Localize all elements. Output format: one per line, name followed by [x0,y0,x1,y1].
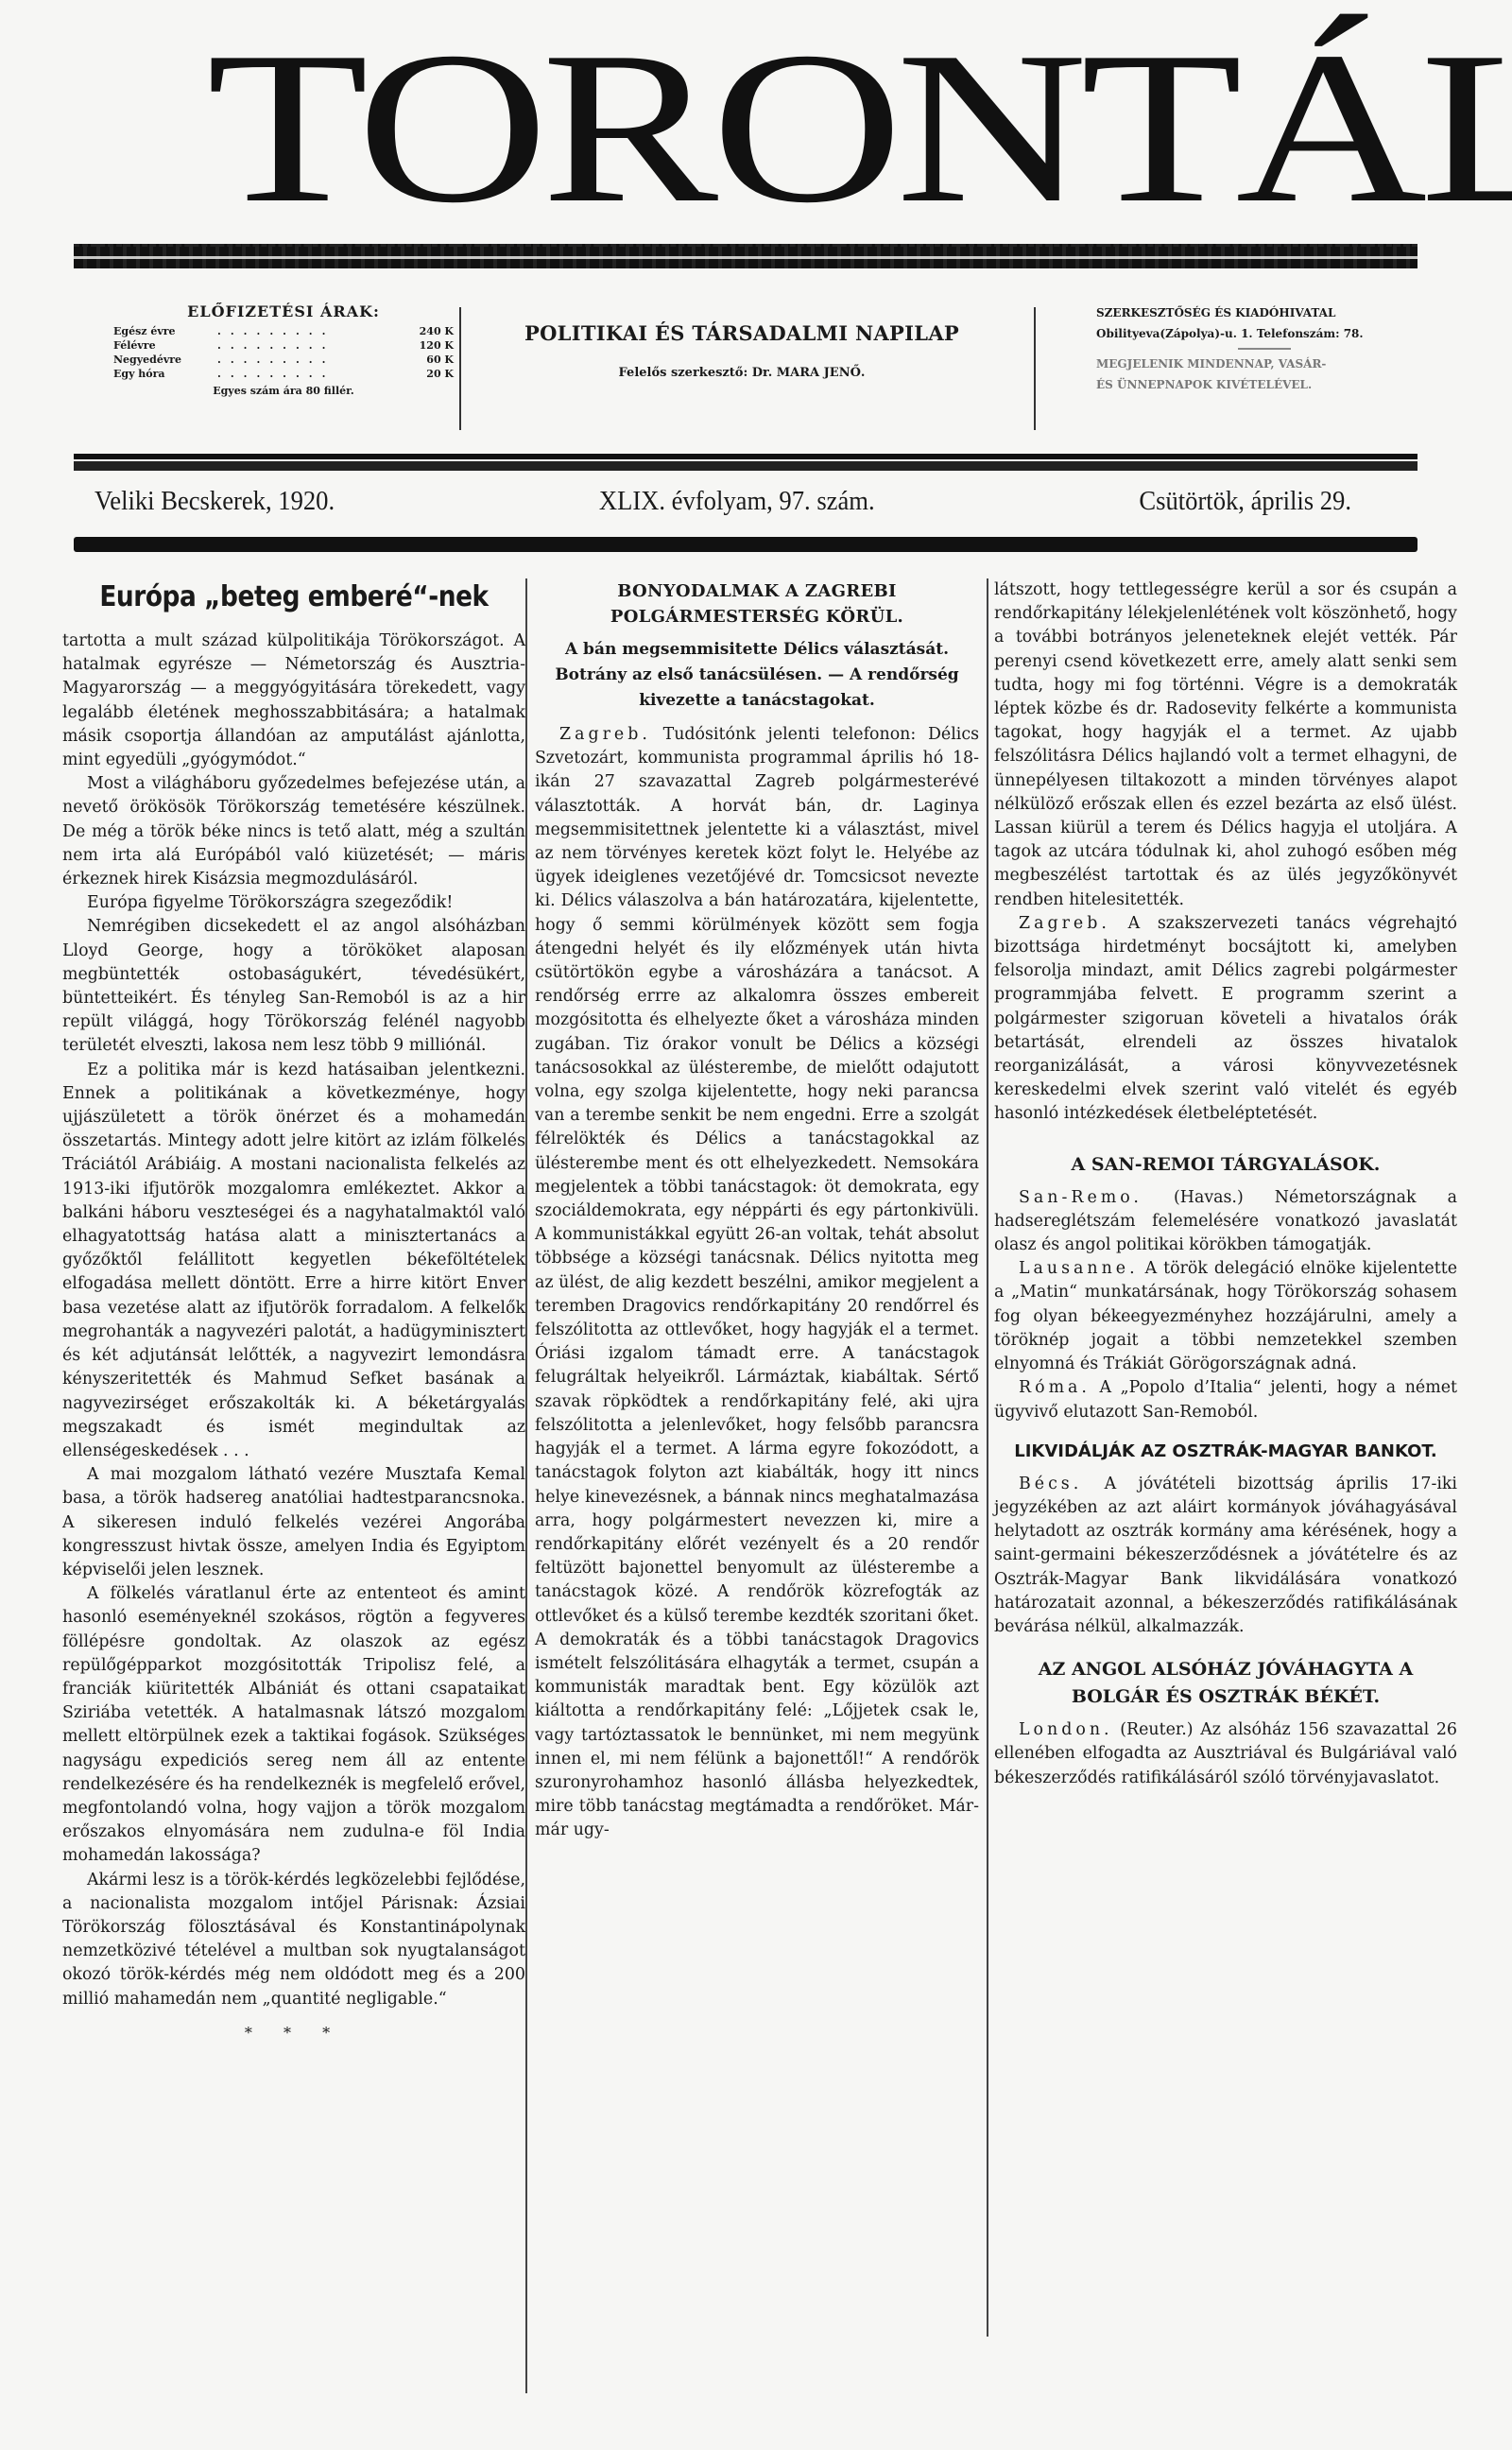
article-paragraph: Európa figyelme Törökországra szegeződik… [62,891,525,915]
article-paragraph: tartotta a mult század külpolitikája Tör… [62,630,525,772]
dateline: Veliki Becskerek, 1920. XLIX. évfolyam, … [94,487,1351,525]
decorative-rule [74,244,1417,268]
news-dateline: Bécs. [1019,1475,1082,1493]
price-row: Egy hóra ......... 20 K [113,367,454,381]
price-value: 20 K [401,367,454,381]
article-paragraph: Most a világháboru győzedelmes befejezés… [62,772,525,891]
news-dateline: Róma. [1019,1378,1091,1397]
column-right: látszott, hogy tettlegességre kerül a so… [994,578,1457,1790]
article-headline: BONYODALMAK A ZAGREBI POLGÁRMESTERSÉG KÖ… [535,578,979,630]
office-address: Obilityeva(Zápolya)-u. 1. Telefonszám: 7… [1096,323,1512,344]
article-headline-bank: LIKVIDÁLJÁK AZ OSZTRÁK-MAGYAR BANKOT. [994,1438,1457,1465]
news-item: Bécs. A jóvátételi bizottság április 17-… [994,1473,1457,1639]
sub-header: ELŐFIZETÉSI ÁRAK: Egész évre ......... 2… [0,284,1512,435]
article-text: Tudósitónk jelenti telefonon: Délics Szv… [535,725,979,1839]
article-europa: Európa „beteg emberé“-nek tartotta a mul… [62,578,525,2045]
price-value: 120 K [401,338,454,353]
newspaper-subtitle: POLITIKAI ÉS TÁRSADALMI NAPILAP [463,321,1021,345]
price-label: Egész évre [113,324,217,338]
article-paragraph: Ez a politika már is kezd hatásaiban jel… [62,1059,525,1463]
price-label: Egy hóra [113,367,217,381]
column-divider [525,578,527,2393]
news-dateline: Lausanne. [1019,1259,1139,1278]
article-headline: Európa „beteg emberé“-nek [90,578,497,616]
dot-leader: ......... [217,353,401,367]
price-row: Egész évre ......... 240 K [113,324,454,338]
article-headline-london: AZ ANGOL ALSÓHÁZ JÓVÁHAGYTA A BOLGÁR ÉS … [994,1656,1457,1711]
center-header: POLITIKAI ÉS TÁRSADALMI NAPILAP Felelős … [463,321,1021,380]
vertical-divider [1034,307,1036,430]
office-info: SZERKESZTŐSÉG ÉS KIADÓHIVATAL Obilityeva… [1096,302,1512,395]
section-separator-stars: * * * [62,2021,525,2045]
article-paragraph: Zagreb. Tudósitónk jelenti telefonon: Dé… [535,723,979,1843]
price-value: 240 K [401,324,454,338]
dateline-place: Veliki Becskerek, 1920. [94,487,335,525]
news-dateline: San-Remo. [1019,1188,1143,1207]
article-paragraph: Zagreb. A szakszervezeti tanács végrehaj… [994,912,1457,1127]
newspaper-masthead-title: TORONTÁL [38,28,1512,227]
price-row: Félévre ......... 120 K [113,338,454,353]
news-item: London. (Reuter.) Az alsóház 156 szavaza… [994,1718,1457,1790]
article-dateline: Zagreb. [559,725,651,744]
article-text: A szakszervezeti tanács végrehajtó bizot… [994,914,1457,1124]
news-item: Lausanne. A török delegáció elnöke kijel… [994,1257,1457,1376]
price-value: 60 K [401,353,454,367]
article-headline-sanremo: A SAN-REMOI TÁRGYALÁSOK. [994,1151,1457,1179]
editor-line: Felelős szerkesztő: Dr. MARA JENŐ. [463,366,1021,380]
publication-schedule: MEGJELENIK MINDENNAP, VASÁR- [1096,354,1512,374]
price-row: Negyedévre ......... 60 K [113,353,454,367]
article-dateline: Zagreb. [1019,914,1110,933]
news-text: A jóvátételi bizottság április 17-iki je… [994,1475,1457,1636]
price-label: Félévre [113,338,217,353]
news-item: San-Remo. (Havas.) Németországnak a hads… [994,1186,1457,1258]
single-copy-price: Egyes szám ára 80 fillér. [113,385,454,397]
vertical-divider [459,307,461,430]
price-label: Negyedévre [113,353,217,367]
subscription-prices: ELŐFIZETÉSI ÁRAK: Egész évre ......... 2… [113,302,454,397]
news-item: Róma. A „Popolo d’Italia“ jelenti, hogy … [994,1376,1457,1423]
dot-leader: ......... [217,367,401,381]
decorative-rule [74,454,1417,471]
subscription-title: ELŐFIZETÉSI ÁRAK: [113,302,454,320]
article-paragraph: Nemrégiben dicsekedett el az angol alsóh… [62,915,525,1058]
article-paragraph: A fölkelés váratlanul érte az ententeot … [62,1582,525,1868]
news-dateline: London. [1019,1720,1113,1739]
article-subheadline: A bán megsemmisitette Délics választását… [535,637,979,714]
article-continuation: látszott, hogy tettlegességre kerül a so… [994,578,1457,912]
dot-leader: ......... [217,324,401,338]
office-line: SZERKESZTŐSÉG ÉS KIADÓHIVATAL [1096,302,1512,323]
separator-dash [1238,348,1291,350]
dot-leader: ......... [217,338,401,353]
article-paragraph: A mai mozgalom látható vezére Musztafa K… [62,1463,525,1582]
dateline-issue: XLIX. évfolyam, 97. szám. [599,487,875,525]
article-zagreb: BONYODALMAK A ZAGREBI POLGÁRMESTERSÉG KÖ… [535,578,979,1843]
publication-schedule: ÉS ÜNNEPNAPOK KIVÉTELÉVEL. [1096,374,1512,395]
column-divider [987,578,988,2337]
dateline-date: Csütörtök, április 29. [1139,487,1351,525]
decorative-rule [74,537,1417,552]
article-paragraph: Akármi lesz is a török-kérdés legközeleb… [62,1869,525,2011]
